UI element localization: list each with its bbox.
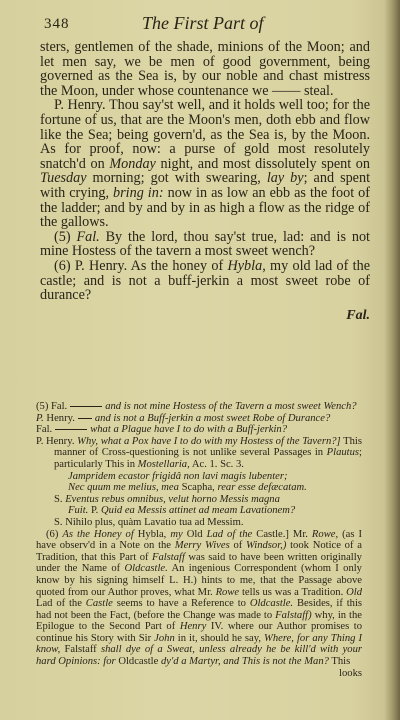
quote: and is not mine Hostess of the Tavern a …: [105, 401, 356, 412]
running-title: The First Part of: [142, 13, 264, 34]
latin-line: Quid ea Messis attinet ad meam Lavatione…: [101, 505, 295, 516]
italic-word: Windsor,): [246, 540, 286, 551]
italic-word: Monday: [109, 156, 156, 172]
note-ref: (5): [54, 229, 71, 245]
italic-word: Plautus: [327, 447, 359, 458]
page-header: 348 The First Part of: [44, 12, 374, 34]
italic-word: Old: [346, 587, 362, 598]
speech-text: morning; got with swearing,: [93, 170, 261, 186]
italic-word: Castle: [86, 598, 113, 609]
italic-word: Rowe: [216, 587, 240, 598]
note-text: Lad of the: [36, 598, 82, 609]
latin-verse: Nec quum me melius, mea Scapha, rear ess…: [36, 482, 362, 494]
note-text: Falstaff: [65, 644, 97, 655]
page-number: 348: [44, 16, 70, 33]
lemma: my: [170, 529, 182, 540]
dash: [78, 418, 92, 419]
latin-verse: S. Nihilo plus, quàm Lavatio tua ad Mess…: [36, 517, 362, 529]
italic-word: Henry: [180, 621, 206, 632]
note-text: Mr.: [293, 529, 308, 540]
italic-word: Rowe,: [312, 529, 338, 540]
latin-verse: Fuit. P. Quid ea Messis attinet ad meam …: [36, 505, 362, 517]
speaker-fal: Fal.: [76, 229, 99, 245]
latin-line: rear esse defæcatam.: [217, 482, 306, 493]
lemma: Lad of the: [207, 529, 253, 540]
italic-word: Falstaff): [275, 610, 312, 621]
italic-word: lay by: [267, 170, 304, 186]
note-text: Ac. 1. Sc. 3.: [192, 459, 244, 470]
note-text: in it, should he say,: [178, 633, 261, 644]
italic-word: Hybla: [228, 258, 263, 274]
speaker: S.: [54, 517, 63, 528]
note-text: Oldcastle: [118, 656, 158, 667]
footnote-line: P.P. Henry. Henry.and is not a Buff-jerk…: [36, 413, 362, 425]
footnote-5: (5) Fal.and is not mine Hostess of the T…: [36, 401, 362, 413]
dash: [55, 429, 87, 430]
catchword: Fal.: [40, 309, 370, 324]
dash: [70, 406, 102, 407]
latin-name: Scapha,: [182, 482, 215, 493]
note-text: This: [331, 656, 350, 667]
quote: and is not a Buff-jerkin a most sweet Ro…: [95, 413, 330, 424]
note-text: of: [233, 540, 242, 551]
paragraph-moon: sters, gentlemen of the shade, minions o…: [40, 40, 370, 98]
quote: dy'd a Martyr, and This is not the Man?: [161, 656, 329, 667]
speaker: P.: [91, 505, 98, 516]
speaker: Fal.: [36, 424, 52, 435]
quote: Why, what a Pox have I to do with my Hos…: [77, 436, 341, 447]
book-page: 348 The First Part of sters, gentlemen o…: [0, 0, 400, 720]
lemma: As the Honey of: [62, 529, 133, 540]
latin-line: Fuit.: [68, 505, 88, 516]
footnotes: (5) Fal.and is not mine Hostess of the T…: [36, 401, 362, 679]
italic-word: Oldcastle.: [250, 598, 293, 609]
italic-word: Mostellaria,: [138, 459, 190, 470]
paragraph-henry-2: (6) P. Henry. As the honey of Hybla, my …: [40, 259, 370, 303]
latin-verse: S. Eventus rebus omnibus, velut horno Me…: [36, 494, 362, 506]
speech-text: night, and most dissolutely spent on: [160, 156, 370, 172]
lemma: Castle.]: [256, 529, 289, 540]
speaker: S.: [54, 494, 63, 505]
italic-word: Tuesday: [40, 170, 87, 186]
speaker-henry: P. Henry.: [54, 97, 106, 113]
footnote-6: (6) As the Honey of Hybla, my Old Lad of…: [36, 529, 362, 668]
note-ref: (6): [54, 258, 71, 274]
latin-verse: Jampridem ecastor frigidâ non lavi magis…: [36, 471, 362, 483]
speaker-henry: P. Henry.: [75, 258, 127, 274]
catchword-bottom: looks: [36, 668, 362, 680]
italic-word: Merry Wives: [175, 540, 230, 551]
latin-line: Eventus rebus omnibus, velut horno Messi…: [65, 494, 280, 505]
latin-line: Jampridem ecastor frigidâ non lavi magis…: [68, 471, 288, 482]
italic-word: bring in:: [113, 185, 164, 201]
latin-line: Nihilo plus, quàm Lavatio tua ad Messim.: [65, 517, 243, 528]
paragraph-henry: P. Henry. Thou say'st well, and it holds…: [40, 98, 370, 229]
italic-word: Falstaff: [152, 552, 185, 563]
note-text: seems to have a Reference to: [117, 598, 246, 609]
italic-word: John: [154, 633, 175, 644]
note-number: (5): [36, 401, 48, 412]
quote: what a Plague have I to do with a Buff-j…: [90, 424, 287, 435]
lemma: Old: [187, 529, 203, 540]
paragraph-fal: (5) Fal. By the lord, thou say'st true, …: [40, 230, 370, 259]
footnote-line: P. Henry. Why, what a Pox have I to do w…: [36, 436, 362, 471]
speaker: P. Henry.: [36, 436, 74, 447]
speech-text: As the honey of: [131, 258, 224, 274]
latin-line: Nec quum me melius, mea: [68, 482, 179, 493]
lemma: Hybla,: [138, 529, 167, 540]
footnote-line: Fal.what a Plague have I to do with a Bu…: [36, 424, 362, 436]
speaker: Fal.: [51, 401, 67, 412]
italic-word: Oldcastle.: [124, 563, 167, 574]
main-text: sters, gentlemen of the shade, minions o…: [40, 40, 370, 323]
note-number: (6): [46, 529, 58, 540]
note-text: tells us was a Tradition.: [242, 587, 343, 598]
